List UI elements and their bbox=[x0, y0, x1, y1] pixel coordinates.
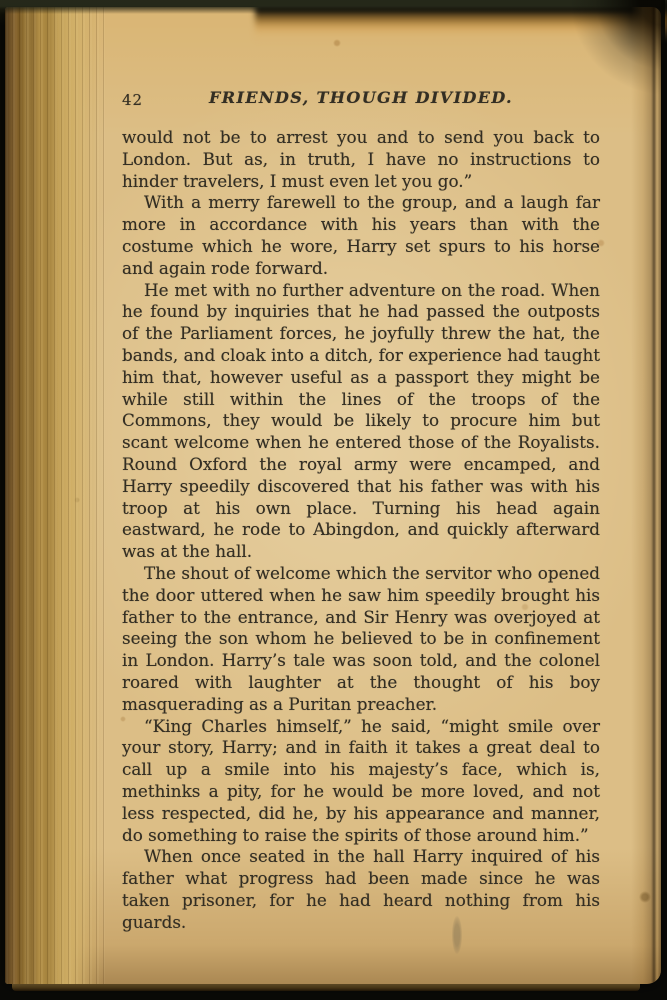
page-content: 42 FRIENDS, THOUGH DIVIDED. would not be… bbox=[122, 88, 600, 933]
body-paragraph: “King Charles himself,” he said, “might … bbox=[122, 716, 600, 847]
right-page-edge-shadow bbox=[631, 7, 661, 984]
book-scan: 42 FRIENDS, THOUGH DIVIDED. would not be… bbox=[0, 0, 667, 1000]
body-text: would not be to arrest you and to send y… bbox=[122, 127, 600, 933]
body-paragraph: With a merry farewell to the group, and … bbox=[122, 192, 600, 279]
page-header: 42 FRIENDS, THOUGH DIVIDED. bbox=[122, 88, 600, 110]
body-paragraph: would not be to arrest you and to send y… bbox=[122, 127, 600, 192]
body-paragraph: He met with no further adventure on the … bbox=[122, 280, 600, 563]
body-paragraph: When once seated in the hall Harry inqui… bbox=[122, 846, 600, 933]
book-page: 42 FRIENDS, THOUGH DIVIDED. would not be… bbox=[5, 7, 661, 984]
left-page-stack-edge bbox=[5, 7, 105, 984]
page-number: 42 bbox=[122, 91, 143, 109]
body-paragraph: The shout of welcome which the servitor … bbox=[122, 563, 600, 716]
running-head: FRIENDS, THOUGH DIVIDED. bbox=[122, 88, 600, 107]
